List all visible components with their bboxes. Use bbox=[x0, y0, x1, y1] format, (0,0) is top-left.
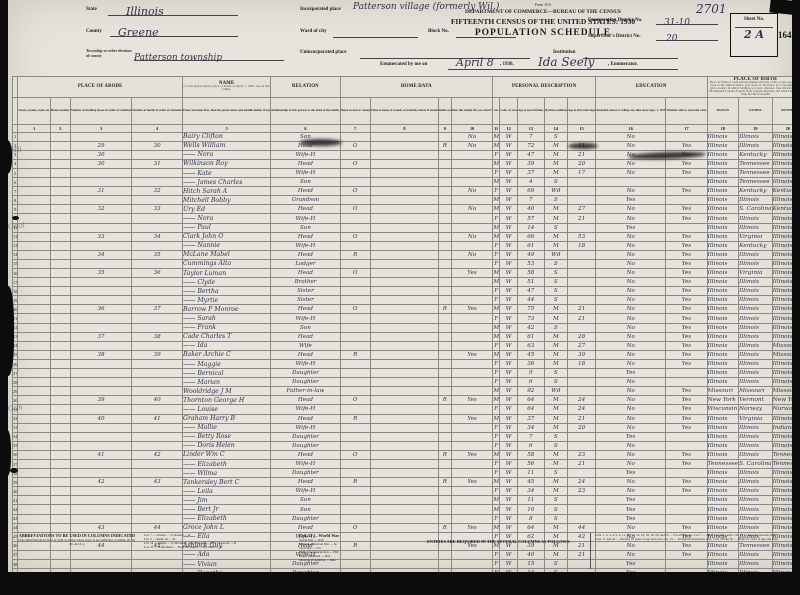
cell: W bbox=[500, 205, 518, 214]
cell bbox=[50, 423, 70, 432]
cell: No bbox=[596, 323, 666, 332]
cell: Yes bbox=[666, 459, 707, 468]
cell bbox=[370, 459, 438, 468]
cell bbox=[132, 314, 183, 323]
cell: 21 bbox=[568, 305, 596, 314]
cell bbox=[370, 523, 438, 532]
cell bbox=[340, 359, 370, 368]
cell bbox=[132, 278, 183, 287]
cell bbox=[370, 241, 438, 250]
cell bbox=[666, 469, 707, 478]
cell: Illinois bbox=[739, 214, 773, 223]
cell: Virginia bbox=[739, 269, 773, 278]
cell bbox=[50, 287, 70, 296]
cell: Brother bbox=[271, 278, 340, 287]
cell: —— Louise bbox=[183, 405, 271, 414]
cell: F bbox=[493, 187, 500, 196]
cell: R bbox=[438, 305, 451, 314]
cell bbox=[438, 378, 451, 387]
cell: M bbox=[493, 141, 500, 150]
column-group-place-of-abode: PLACE OF ABODE bbox=[18, 77, 183, 98]
cell bbox=[70, 278, 131, 287]
cell: —— Jim bbox=[183, 496, 271, 505]
cell bbox=[18, 478, 50, 487]
cell bbox=[340, 496, 370, 505]
cell: F bbox=[493, 296, 500, 305]
cell bbox=[568, 505, 596, 514]
cell bbox=[132, 378, 183, 387]
cell bbox=[451, 323, 493, 332]
cell bbox=[18, 141, 50, 150]
cell bbox=[438, 414, 451, 423]
cell bbox=[568, 259, 596, 268]
cell bbox=[370, 187, 438, 196]
cell: Illinois bbox=[739, 514, 773, 523]
cell bbox=[18, 259, 50, 268]
cell bbox=[340, 487, 370, 496]
cell bbox=[370, 450, 438, 459]
cell bbox=[370, 296, 438, 305]
cell bbox=[18, 241, 50, 250]
cell: 61 bbox=[518, 241, 544, 250]
cell bbox=[18, 487, 50, 496]
cell bbox=[370, 314, 438, 323]
cell bbox=[70, 378, 131, 387]
column-group-place-of-birth: PLACE OF BIRTHPlace of birth of each per… bbox=[707, 77, 800, 98]
cell bbox=[451, 423, 493, 432]
cell bbox=[18, 378, 50, 387]
cell bbox=[50, 350, 70, 359]
cell bbox=[451, 314, 493, 323]
cell bbox=[70, 369, 131, 378]
cell bbox=[340, 387, 370, 396]
cell: M bbox=[493, 478, 500, 487]
cell bbox=[50, 296, 70, 305]
cell bbox=[370, 214, 438, 223]
cell: W bbox=[500, 287, 518, 296]
cell: Illinois bbox=[739, 423, 773, 432]
cell bbox=[132, 196, 183, 205]
cell: Yes bbox=[451, 450, 493, 459]
cell: —— Kate bbox=[183, 168, 271, 177]
cell: W bbox=[500, 196, 518, 205]
cell: Illinois bbox=[739, 314, 773, 323]
cell: No bbox=[596, 478, 666, 487]
cell: Yes bbox=[666, 341, 707, 350]
table-row: 22930Wells WilliamHeadORNoMW72M31NoYesIl… bbox=[13, 141, 800, 150]
cell: 36 bbox=[518, 359, 544, 368]
cell: M bbox=[493, 159, 500, 168]
cell bbox=[340, 223, 370, 232]
cell: Taylor Luman bbox=[183, 269, 271, 278]
column-group-note: Place of birth of each person enumerated… bbox=[708, 82, 800, 97]
table-row: 18—— BerthaSisterFW47SNoYesIllinoisIllin… bbox=[13, 287, 800, 296]
cell bbox=[370, 423, 438, 432]
cell bbox=[50, 505, 70, 514]
cell: 64 bbox=[518, 405, 544, 414]
column-sublabel: House number bbox=[50, 97, 70, 124]
cell bbox=[50, 341, 70, 350]
cell bbox=[568, 269, 596, 278]
cell: Groce John L bbox=[183, 523, 271, 532]
column-sublabel: Relationship of this person to the head … bbox=[271, 97, 340, 124]
cell bbox=[18, 505, 50, 514]
cell: Illinois bbox=[739, 350, 773, 359]
cell: M bbox=[544, 523, 568, 532]
column-sublabel: Sex bbox=[493, 97, 500, 124]
cell: Illinois bbox=[707, 378, 739, 387]
column-group-home-data: HOME DATA bbox=[340, 77, 493, 98]
column-number: 14 bbox=[544, 124, 568, 132]
cell: M bbox=[544, 332, 568, 341]
cell: 39 bbox=[70, 396, 131, 405]
entries-block: ENTRIES ARE REQUIRED IN THE SEVERAL COLU… bbox=[415, 533, 582, 569]
table-row: 1Bairy CliftonSonNoMW7SNoIllinoisIllinoi… bbox=[13, 132, 800, 141]
cell bbox=[50, 196, 70, 205]
cell: 39 bbox=[518, 159, 544, 168]
cell bbox=[451, 150, 493, 159]
column-sublabel: Age at first marriage bbox=[568, 97, 596, 124]
cell: No bbox=[596, 341, 666, 350]
cell: Wife-H bbox=[271, 423, 340, 432]
cell bbox=[451, 496, 493, 505]
cell bbox=[568, 132, 596, 141]
cell bbox=[132, 469, 183, 478]
cell: 32 bbox=[132, 187, 183, 196]
cell: Barrow P Monroe bbox=[183, 305, 271, 314]
cell: Illinois bbox=[707, 478, 739, 487]
cell: Illinois bbox=[707, 223, 739, 232]
column-sublabel: Value of home, if owned, or monthly rent… bbox=[370, 97, 438, 124]
cell: 64 bbox=[518, 523, 544, 532]
cell bbox=[370, 369, 438, 378]
cell: Wife-H bbox=[271, 405, 340, 414]
cell bbox=[340, 405, 370, 414]
cell: W bbox=[500, 296, 518, 305]
cell: 7 bbox=[518, 432, 544, 441]
cell bbox=[438, 332, 451, 341]
cell bbox=[50, 478, 70, 487]
cell bbox=[370, 323, 438, 332]
cell: Illinois bbox=[739, 487, 773, 496]
cell: Illinois bbox=[739, 305, 773, 314]
cell bbox=[18, 159, 50, 168]
cell: W bbox=[500, 369, 518, 378]
cell: Wife-H bbox=[271, 214, 340, 223]
cell: Yes bbox=[451, 269, 493, 278]
cell: M bbox=[493, 269, 500, 278]
cell: 37 bbox=[70, 332, 131, 341]
cell: Illinois bbox=[739, 505, 773, 514]
cell bbox=[451, 441, 493, 450]
cell: Virginia bbox=[739, 232, 773, 241]
cell bbox=[451, 505, 493, 514]
cell: 36 bbox=[70, 305, 131, 314]
cell: M bbox=[544, 305, 568, 314]
cell: Yes bbox=[666, 387, 707, 396]
enumerator-name: Ida Seely bbox=[538, 55, 594, 69]
table-row: 42—— Bert JrSonMW10SYesIllinoisIllinoisI… bbox=[13, 505, 800, 514]
cell: 17 bbox=[568, 168, 596, 177]
cell bbox=[132, 441, 183, 450]
cell: W bbox=[500, 496, 518, 505]
cell: No bbox=[596, 132, 666, 141]
cell: 45 bbox=[518, 350, 544, 359]
cell: W bbox=[500, 469, 518, 478]
cell bbox=[438, 259, 451, 268]
cell: 73 bbox=[518, 314, 544, 323]
cell: Son bbox=[271, 178, 340, 187]
cell: No bbox=[596, 214, 666, 223]
column-number: 12 bbox=[500, 124, 518, 132]
cell: M bbox=[493, 496, 500, 505]
cell: R bbox=[438, 478, 451, 487]
scan-edge-right bbox=[792, 0, 800, 595]
cell bbox=[70, 132, 131, 141]
cell: No bbox=[596, 423, 666, 432]
cell: W bbox=[500, 450, 518, 459]
cell bbox=[50, 432, 70, 441]
cell: Illinois bbox=[707, 269, 739, 278]
form-header: State Illinois County Greene Township or… bbox=[8, 0, 792, 76]
cell bbox=[340, 278, 370, 287]
cell: Illinois bbox=[707, 323, 739, 332]
cell: W bbox=[500, 487, 518, 496]
cell: Tennessee bbox=[707, 459, 739, 468]
cell: F bbox=[493, 487, 500, 496]
cell bbox=[438, 269, 451, 278]
cell bbox=[132, 459, 183, 468]
cell: Wife-H bbox=[271, 459, 340, 468]
cell: 34 bbox=[518, 487, 544, 496]
cell: F bbox=[493, 214, 500, 223]
cell: 30 bbox=[568, 350, 596, 359]
cell bbox=[370, 205, 438, 214]
table-row: 43031Wilkinson RoyHeadOMW39M20NoYesIllin… bbox=[13, 159, 800, 168]
cell bbox=[438, 241, 451, 250]
state-underline: Illinois bbox=[108, 2, 238, 16]
cell: 31 bbox=[132, 159, 183, 168]
cell: 11 bbox=[518, 496, 544, 505]
cell bbox=[132, 241, 183, 250]
cell bbox=[370, 168, 438, 177]
cell bbox=[568, 187, 596, 196]
cell: 39 bbox=[132, 350, 183, 359]
cell: S bbox=[544, 287, 568, 296]
cell: Yes bbox=[666, 296, 707, 305]
cell: 40 bbox=[70, 414, 131, 423]
cell bbox=[438, 296, 451, 305]
cell: Illinois bbox=[707, 514, 739, 523]
cell: M bbox=[544, 396, 568, 405]
cell: O bbox=[340, 396, 370, 405]
cell bbox=[132, 132, 183, 141]
cell bbox=[18, 296, 50, 305]
cell: Wooldridge J M bbox=[183, 387, 271, 396]
cell: Wd bbox=[544, 387, 568, 396]
cell bbox=[18, 514, 50, 523]
cell bbox=[451, 369, 493, 378]
table-row: 41—— JimSonMW11SYesIllinoisIllinoisIllin… bbox=[13, 496, 800, 505]
cell: M bbox=[493, 205, 500, 214]
cell bbox=[370, 496, 438, 505]
table-row: 143435McLane MabelHeadRNoFW49WdNoYesIlli… bbox=[13, 250, 800, 259]
cell: Tennessee bbox=[739, 168, 773, 177]
cell: 37 bbox=[132, 305, 183, 314]
cell: Son bbox=[271, 323, 340, 332]
cell: No bbox=[596, 378, 666, 387]
cell bbox=[18, 323, 50, 332]
cell bbox=[666, 441, 707, 450]
cell: Daughter bbox=[271, 514, 340, 523]
cell: Illinois bbox=[707, 214, 739, 223]
cell bbox=[451, 241, 493, 250]
cell bbox=[438, 441, 451, 450]
cell: 21 bbox=[568, 314, 596, 323]
cell: Yes bbox=[666, 250, 707, 259]
cell: 33 bbox=[70, 232, 131, 241]
column-sublabel: Number of dwelling house in order of vis… bbox=[70, 97, 131, 124]
cell bbox=[50, 450, 70, 459]
cell: Ury Ed bbox=[183, 205, 271, 214]
cell: 42 bbox=[518, 323, 544, 332]
column-sublabel: Street, avenue, road, etc. bbox=[18, 97, 50, 124]
cell: 27 bbox=[568, 341, 596, 350]
cell: Illinois bbox=[739, 132, 773, 141]
cell: M bbox=[493, 332, 500, 341]
cell: Illinois bbox=[739, 296, 773, 305]
cell bbox=[568, 250, 596, 259]
cell bbox=[70, 496, 131, 505]
cell: Yes bbox=[451, 396, 493, 405]
cell bbox=[370, 405, 438, 414]
unincorporated-label: Unincorporated place bbox=[300, 50, 347, 55]
cell: No bbox=[596, 168, 666, 177]
cell: Illinois bbox=[707, 350, 739, 359]
cell: Wilkinson Roy bbox=[183, 159, 271, 168]
cell bbox=[50, 278, 70, 287]
cell: W bbox=[500, 305, 518, 314]
cell bbox=[50, 159, 70, 168]
cell: Yes bbox=[666, 396, 707, 405]
cell: Wisconsin bbox=[707, 405, 739, 414]
cell: 28 bbox=[568, 332, 596, 341]
cell: 6 bbox=[518, 378, 544, 387]
table-row: 324041Graham Harry BHeadRYesMW37M21NoYes… bbox=[13, 414, 800, 423]
cell bbox=[70, 314, 131, 323]
cell: 61 bbox=[518, 332, 544, 341]
cell bbox=[70, 423, 131, 432]
cell: F bbox=[493, 469, 500, 478]
cell: No bbox=[596, 332, 666, 341]
cell: W bbox=[500, 359, 518, 368]
column-group-personal-description: PERSONAL DESCRIPTION bbox=[493, 77, 596, 98]
cell: Yes bbox=[666, 450, 707, 459]
table-row: 19—— MyrtieSisterFW44SNoYesIllinoisIllin… bbox=[13, 296, 800, 305]
cell bbox=[50, 314, 70, 323]
cell: M bbox=[493, 278, 500, 287]
table-row: 38—— WilmaDaughterFW11SYesIllinoisIllino… bbox=[13, 469, 800, 478]
cell: W bbox=[500, 387, 518, 396]
cell: S bbox=[544, 496, 568, 505]
cell: R bbox=[438, 141, 451, 150]
cell: Illinois bbox=[739, 469, 773, 478]
cell: M bbox=[544, 405, 568, 414]
cell: —— Leila bbox=[183, 487, 271, 496]
cell: F bbox=[493, 287, 500, 296]
cell bbox=[18, 414, 50, 423]
cell: Head bbox=[271, 305, 340, 314]
cell: M bbox=[544, 487, 568, 496]
scan-handwritten-number: 2701 bbox=[696, 2, 727, 16]
unincorporated-underline bbox=[360, 54, 530, 59]
cell bbox=[666, 196, 707, 205]
cell bbox=[18, 350, 50, 359]
cell: Linder Wm C bbox=[183, 450, 271, 459]
cell: Yes bbox=[666, 350, 707, 359]
cell: Illinois bbox=[707, 141, 739, 150]
cell bbox=[370, 414, 438, 423]
table-row: 11—— PaulSonMW14SYesIllinoisIllinoisIlli… bbox=[13, 223, 800, 232]
cell: —— Nora bbox=[183, 150, 271, 159]
table-row: 21—— SarahWife-HFW73M21NoYesIllinoisIlli… bbox=[13, 314, 800, 323]
cell: M bbox=[493, 196, 500, 205]
cell: M bbox=[544, 232, 568, 241]
cell: F bbox=[493, 514, 500, 523]
cell: R bbox=[340, 478, 370, 487]
cell: M bbox=[493, 450, 500, 459]
cell: Clark John O bbox=[183, 232, 271, 241]
cell: F bbox=[493, 341, 500, 350]
cell bbox=[438, 459, 451, 468]
cell: Head bbox=[271, 350, 340, 359]
cell: W bbox=[500, 132, 518, 141]
column-number: 4 bbox=[132, 124, 183, 132]
cell: 51 bbox=[518, 278, 544, 287]
cell: 66 bbox=[518, 232, 544, 241]
cell bbox=[18, 369, 50, 378]
cell: M bbox=[544, 341, 568, 350]
cell: Head bbox=[271, 205, 340, 214]
cell: Daughter bbox=[271, 441, 340, 450]
cell bbox=[666, 223, 707, 232]
scan-speck bbox=[10, 468, 18, 473]
cell bbox=[132, 287, 183, 296]
cell bbox=[370, 150, 438, 159]
cell: Illinois bbox=[707, 205, 739, 214]
cell: O bbox=[340, 187, 370, 196]
cell: Illinois bbox=[739, 359, 773, 368]
cell bbox=[18, 314, 50, 323]
cell: F bbox=[493, 369, 500, 378]
cell: W bbox=[500, 168, 518, 177]
table-row: 26—— MaggieWife-HFW36M18NoYesIllinoisIll… bbox=[13, 359, 800, 368]
cell: 58 bbox=[518, 269, 544, 278]
cell: Tankersley Bert C bbox=[183, 478, 271, 487]
township-value: Patterson township bbox=[134, 53, 222, 63]
cell bbox=[50, 168, 70, 177]
cell bbox=[370, 387, 438, 396]
cell: —— Clyde bbox=[183, 278, 271, 287]
cell bbox=[438, 469, 451, 478]
cell: 7 bbox=[518, 196, 544, 205]
cell: S bbox=[544, 323, 568, 332]
cell: Illinois bbox=[707, 523, 739, 532]
margin-note: Oph bbox=[8, 403, 23, 412]
cell: Illinois bbox=[707, 278, 739, 287]
cell: No bbox=[596, 314, 666, 323]
cell: 31 bbox=[70, 187, 131, 196]
